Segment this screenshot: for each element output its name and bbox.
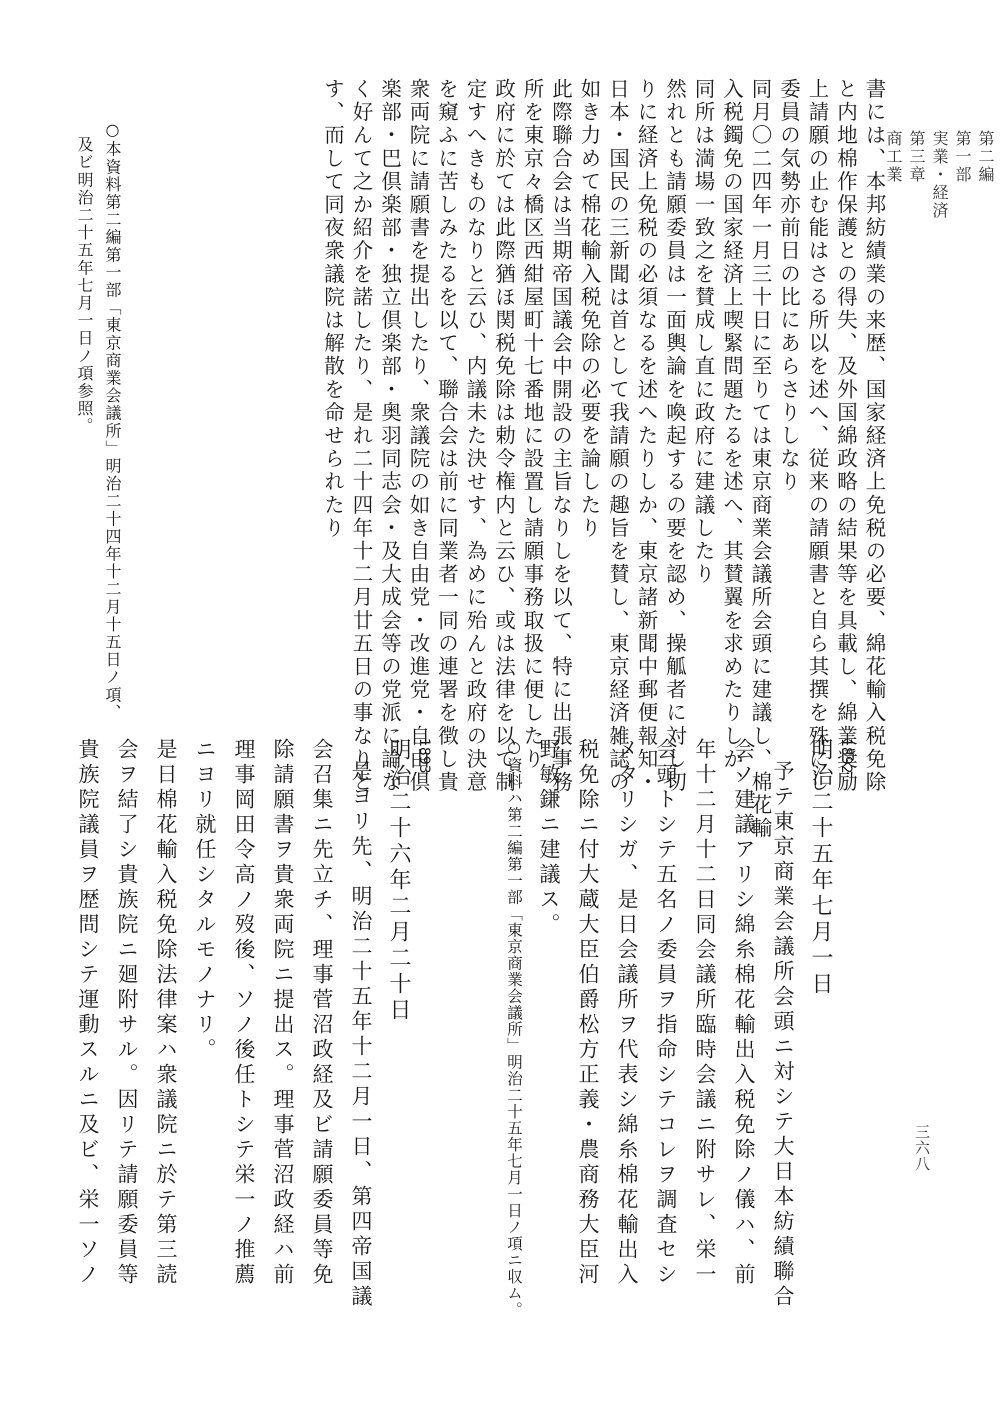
entry-line: 年十二月十二日同会議所臨時会議ニ附サレ、栄一 [681,738,720,1318]
header-section: 第一部 [951,130,974,184]
text-line: 入税鐲免の国家経済上喫緊問題たるを述へ、其賛翼を求めたりしか、 [713,78,742,718]
reference-note: ○本資料第二編第一部「東京商業会議所」明治二十四年十二月十五日ノ項、 及ビ明治二… [68,120,124,721]
text-line: 同月〇二四年一月三十日に至りては東京商業会議所会頭に建議し、棉花輸 [742,78,771,718]
entry-date: 明治二十六年二月二十日 [376,738,414,1310]
entry-line: 野敏鎌ニ建議ス。 [525,738,564,1318]
running-header: 第二編 第一部 実業・経済 第三章 商工業 [882,88,1004,238]
header-chapter: 第三章 [905,130,928,184]
year-label: 1892 [836,738,854,1318]
text-line: 日本・国民の三新聞は首として我請願の趣旨を賛し、東京経済雑誌の [599,78,628,718]
text-line: 定すへきものなりと云ひ、内議未た決せす、為めに殆んと政府の決意 [457,78,486,718]
text-line: 楽部・巴倶楽部・独立倶楽部・奥羽同志会・及大成会等の党派に論な [371,78,400,718]
text-line: りに経済上免税の必須なるを述へたりしか、東京諸新聞中郵便報知・ [628,78,657,718]
entry-line: 貴族院議員ヲ歴問シテ運動スルニ及ビ、栄一ソノ [64,738,103,1310]
entry-note: ○資料ハ第二編第一部「東京商業会議所」明治二十五年七月一日ノ項ニ収ム。 [495,738,525,1318]
entry-line: 会頭トシテ五名ノ委員ヲ指命シテコレヲ調査セシ [642,738,681,1318]
text-line: 如き力めて棉花輸入税免除の必要を論したり [571,78,600,718]
text-line: 委員の気勢亦前日の比にあらさりしなり [770,78,799,718]
entry-line: ニヨリ就任シタルモノナリ。 [181,738,220,1310]
entry-line: メタリシガ、是日会議所ヲ代表シ綿糸棉花輸出入 [603,738,642,1318]
text-line: 所を東京々橋区西紺屋町十七番地に設置し請願事務取扱に便したり [514,78,543,718]
note-line: 及ビ明治二十五年七月一日ノ項参照。 [68,120,96,721]
text-line: 政府に於ては此際猶ほ関税免除は勅令権内と云ひ、或は法律を以て制 [485,78,514,718]
header-part: 第二編 [974,130,997,184]
entry-1892: 1892 明治二十五年七月一日 予テ東京商業会議所会頭ニ対シテ大日本紡績聯合 会… [495,738,854,1318]
entry-date: 明治二十五年七月一日 [798,738,836,1318]
text-line: く好んて之か紹介を諾したり、是れ二十四年十二月廿五日の事なりと [343,78,372,718]
text-line: を窺ふに苦しみたるを以て、聯合会は前に同業者一同の連署を徴し貴 [428,78,457,718]
entry-line: 理事岡田令高ノ歿後、ソノ後任トシテ栄一ノ推薦 [220,738,259,1310]
entry-line: 会召集ニ先立チ、理事菅沼政経及ビ請願委員等免 [298,738,337,1310]
text-line: 上請願の止む能はさる所以を述へ、従来の請願書と自ら其撰を殊にし [799,78,828,718]
entry-line: 是日棉花輸入税免除法律案ハ衆議院ニ於テ第三読 [142,738,181,1310]
entry-1893: 1893 明治二十六年二月二十日 是ヨリ先、明治二十五年十二月一日、第四帝国議 … [64,738,432,1310]
entry-line: 予テ東京商業会議所会頭ニ対シテ大日本紡績聯合 [759,738,798,1318]
entry-line: 是ヨリ先、明治二十五年十二月一日、第四帝国議 [337,738,376,1310]
entry-line: 税免除ニ付大蔵大臣伯爵松方正義・農商務大臣河 [564,738,603,1318]
entry-line: 会ヲ結了シ貴族院ニ廻附サル。因リテ請願委員等 [103,738,142,1310]
year-label: 1893 [414,738,432,1310]
text-line: 同所は満場一致之を賛成し直に政府に建議したり [685,78,714,718]
entry-line: 除請願書ヲ貴衆両院ニ提出ス。理事菅沼政経ハ前 [259,738,298,1310]
page-number: 三六八 [912,1124,933,1172]
text-line: 然れとも請願委員は一面輿論を喚起するの要を認め、操觚者に対し切 [656,78,685,718]
header-topic: 実業・経済 [928,130,951,220]
text-line: す、而して同夜衆議院は解散を命せられたり [314,78,343,718]
text-line: と内地棉作保護との得失、及外国綿政略の結果等を具載し、綿業奨励 [827,78,856,718]
text-line: 衆両院に請願書を提出したり、衆議院の如き自由党・改進党・自由倶 [400,78,429,718]
note-line: ○本資料第二編第一部「東京商業会議所」明治二十四年十二月十五日ノ項、 [96,120,124,721]
entry-line: 会ノ建議アリシ綿糸棉花輸出入税免除ノ儀ハ、前 [720,738,759,1318]
text-line: 書には、本邦紡績業の来歴、国家経済上免税の必要、綿花輸入税免除 [856,78,885,718]
text-line: 此際聯合会は当期帝国議会中開設の主旨なりしを以て、特に出張事務 [542,78,571,718]
upper-text-block: 書には、本邦紡績業の来歴、国家経済上免税の必要、綿花輸入税免除 と内地棉作保護と… [314,78,884,718]
